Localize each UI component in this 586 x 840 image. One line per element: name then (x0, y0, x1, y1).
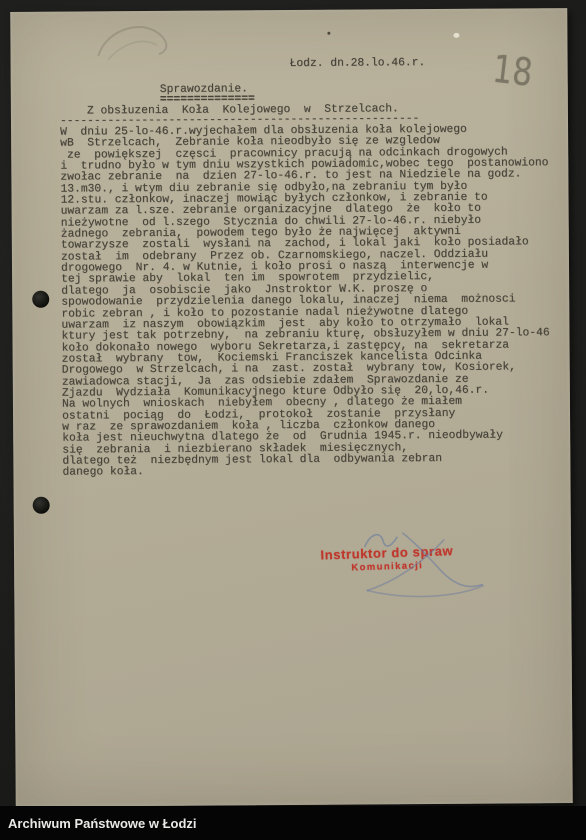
document-page: Łodz. dn.28.lo.46.r. Sprawozdanie. =====… (10, 8, 573, 807)
paper-speck-dark (327, 32, 330, 35)
punch-hole-bottom (33, 497, 50, 514)
body-line: danego koła. (62, 465, 550, 480)
pencil-page-number: 18 (490, 47, 534, 95)
official-stamp: Instruktor do spraw Komunikacji (311, 543, 464, 575)
punch-hole-top (32, 291, 49, 308)
paper-speck-light (453, 33, 459, 38)
document-body: W dniu 25-lo-46.r.wyjechałem dla obsłuze… (60, 124, 551, 479)
dateline: Łodz. dn.28.lo.46.r. (290, 58, 426, 70)
archive-footer-bar: Archiwum Państwowe w Łodzi (0, 806, 586, 840)
pencil-scribble (98, 27, 166, 59)
scan-viewport: Łodz. dn.28.lo.46.r. Sprawozdanie. =====… (0, 0, 586, 840)
archive-footer-label: Archiwum Państwowe w Łodzi (8, 816, 197, 831)
